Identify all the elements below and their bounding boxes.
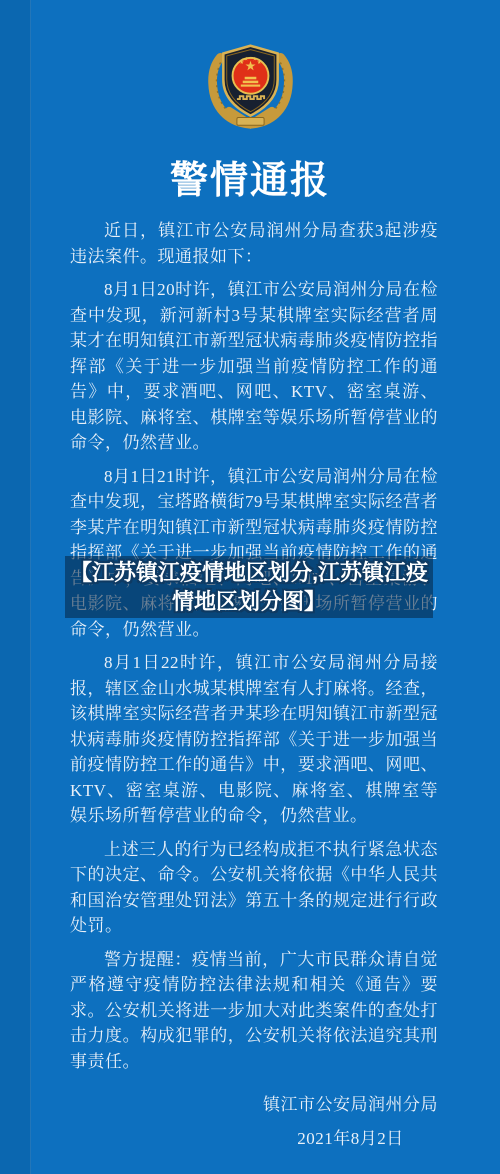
emblem-container — [0, 0, 500, 139]
caption-text: 【江苏镇江疫情地区划分,江苏镇江疫 情地区划分图】 — [59, 558, 439, 616]
police-badge-icon — [202, 37, 299, 134]
paragraph-intro: 近日，镇江市公安局润州分局查获3起涉疫违法案件。现通报如下： — [70, 218, 438, 269]
left-edge-shade — [0, 0, 31, 1174]
notice-title: 警情通报 — [0, 149, 500, 204]
caption-line-1: 【江苏镇江疫情地区划分,江苏镇江疫 — [59, 558, 439, 587]
notice-body: 近日，镇江市公安局润州分局查获3起涉疫违法案件。现通报如下： 8月1日20时许，… — [70, 218, 438, 1149]
caption-line-2: 情地区划分图】 — [59, 587, 439, 616]
paragraph-case-1: 8月1日20时许，镇江市公安局润州分局在检查中发现，新河新村3号某棋牌室实际经营… — [70, 277, 438, 456]
paragraph-police-alert: 警方提醒：疫情当前，广大市民群众请自觉严格遵守疫情防控法律法规和相关《通告》要求… — [70, 947, 438, 1075]
signature-block: 镇江市公安局润州分局 2021年8月2日 — [263, 1094, 438, 1149]
caption-overlay-band: 【江苏镇江疫情地区划分,江苏镇江疫 情地区划分图】 — [65, 556, 433, 618]
issue-date: 2021年8月2日 — [263, 1128, 438, 1149]
paragraph-penalty: 上述三人的行为已经构成拒不执行紧急状态下的决定、命令。公安机关将依据《中华人民共… — [70, 837, 438, 939]
issuing-authority: 镇江市公安局润州分局 — [263, 1094, 438, 1115]
police-notice-poster: 警情通报 近日，镇江市公安局润州分局查获3起涉疫违法案件。现通报如下： 8月1日… — [0, 0, 500, 1149]
paragraph-case-3: 8月1日22时许，镇江市公安局润州分局接报，辖区金山水城某棋牌室有人打麻将。经查… — [70, 650, 438, 829]
